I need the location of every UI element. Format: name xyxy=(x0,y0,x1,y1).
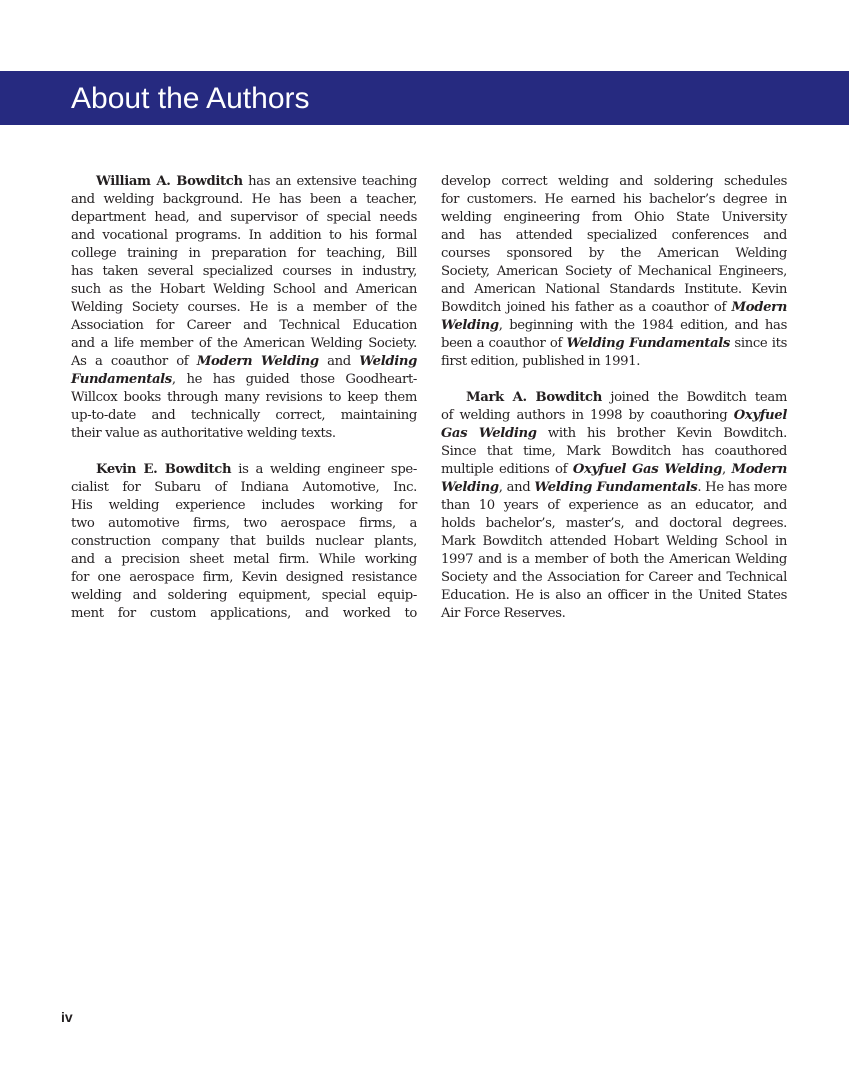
text-line: welding engineering from Ohio State Univ… xyxy=(441,209,787,227)
text-run: , xyxy=(722,462,731,477)
text-line: Gas Welding with his brother Kevin Bowdi… xyxy=(441,425,787,443)
text-line: construction company that builds nuclear… xyxy=(71,533,417,551)
text-line: develop correct welding and soldering sc… xyxy=(441,173,787,191)
bio-paragraph: Kevin E. Bowditch is a welding engineer … xyxy=(71,461,417,623)
text-run: college training in preparation for teac… xyxy=(71,246,417,261)
text-run: Society and the Association for Career a… xyxy=(441,570,787,585)
text-line: department head, and supervisor of speci… xyxy=(71,209,417,227)
book-title: Welding xyxy=(441,318,499,333)
text-run: and has attended specialized conferences… xyxy=(441,228,787,243)
text-line: welding and soldering equipment, special… xyxy=(71,587,417,605)
text-line: and American National Standards Institut… xyxy=(441,281,787,299)
text-run: and American National Standards Institut… xyxy=(441,282,787,297)
text-line: ment for custom applications, and worked… xyxy=(71,605,417,623)
text-line: and vocational programs. In addition to … xyxy=(71,227,417,245)
book-title: Welding xyxy=(441,480,499,495)
text-run: holds bachelor’s, master’s, and doctoral… xyxy=(441,516,787,531)
text-run: and xyxy=(319,354,360,369)
text-run: construction company that builds nuclear… xyxy=(71,534,417,549)
text-line: has taken several specialized courses in… xyxy=(71,263,417,281)
book-title: Modern xyxy=(732,462,787,477)
text-run: , and xyxy=(499,480,535,495)
text-line: courses sponsored by the American Weldin… xyxy=(441,245,787,263)
text-line: Fundamentals, he has guided those Goodhe… xyxy=(71,371,417,389)
text-run: up-to-date and technically correct, main… xyxy=(71,408,417,423)
text-line: William A. Bowditch has an extensive tea… xyxy=(71,173,417,191)
text-line: up-to-date and technically correct, main… xyxy=(71,407,417,425)
right-column: develop correct welding and soldering sc… xyxy=(441,173,787,623)
text-run: since its xyxy=(730,336,787,351)
book-title: Welding Fundamentals xyxy=(567,336,730,351)
text-run: two automotive firms, two aerospace firm… xyxy=(71,516,417,531)
text-run: Air Force Reserves. xyxy=(441,606,565,621)
text-line: of welding authors in 1998 by coauthorin… xyxy=(441,407,787,425)
text-run: first edition, published in 1991. xyxy=(441,354,640,369)
text-run: and a precision sheet metal firm. While … xyxy=(71,552,417,567)
text-line: first edition, published in 1991. xyxy=(441,353,787,371)
text-line: Mark Bowditch attended Hobart Welding Sc… xyxy=(441,533,787,551)
text-run: , beginning with the 1984 edition, and h… xyxy=(499,318,787,333)
page-number: iv xyxy=(61,1009,73,1025)
text-line: holds bachelor’s, master’s, and doctoral… xyxy=(441,515,787,533)
text-line: Since that time, Mark Bowditch has coaut… xyxy=(441,443,787,461)
text-run: joined the Bowditch team xyxy=(602,390,787,405)
text-run: Association for Career and Technical Edu… xyxy=(71,318,417,333)
text-line: college training in preparation for teac… xyxy=(71,245,417,263)
text-line: Bowditch joined his father as a coauthor… xyxy=(441,299,787,317)
text-run: than 10 years of experience as an educat… xyxy=(441,498,787,513)
text-line: Association for Career and Technical Edu… xyxy=(71,317,417,335)
text-line: multiple editions of Oxyfuel Gas Welding… xyxy=(441,461,787,479)
text-run: and vocational programs. In addition to … xyxy=(71,228,417,243)
author-name: Mark A. Bowditch xyxy=(466,390,602,405)
text-run: of welding authors in 1998 by coauthorin… xyxy=(441,408,734,423)
text-line: Education. He is also an officer in the … xyxy=(441,587,787,605)
text-line: and a precision sheet metal firm. While … xyxy=(71,551,417,569)
paragraph-gap xyxy=(71,443,417,461)
text-line: Welding, and Welding Fundamentals. He ha… xyxy=(441,479,787,497)
text-run: cialist for Subaru of Indiana Automotive… xyxy=(71,480,417,495)
text-run: is a welding engineer spe- xyxy=(231,462,417,477)
text-run: been a coauthor of xyxy=(441,336,567,351)
text-line: cialist for Subaru of Indiana Automotive… xyxy=(71,479,417,497)
text-line: for customers. He earned his bachelor’s … xyxy=(441,191,787,209)
text-run: Willcox books through many revisions to … xyxy=(71,390,417,405)
text-line: for one aerospace firm, Kevin designed r… xyxy=(71,569,417,587)
book-title: Oxyfuel Gas Welding xyxy=(573,462,722,477)
text-line: Society and the Association for Career a… xyxy=(441,569,787,587)
book-title: Fundamentals xyxy=(71,372,172,387)
text-run: department head, and supervisor of speci… xyxy=(71,210,417,225)
text-run: As a coauthor of xyxy=(71,354,197,369)
text-line: As a coauthor of Modern Welding and Weld… xyxy=(71,353,417,371)
book-title: Welding xyxy=(359,354,417,369)
text-line: and welding background. He has been a te… xyxy=(71,191,417,209)
text-line: such as the Hobart Welding School and Am… xyxy=(71,281,417,299)
text-run: . He has more xyxy=(697,480,787,495)
book-title: Modern xyxy=(732,300,787,315)
book-title: Gas Welding xyxy=(441,426,537,441)
text-line: 1997 and is a member of both the America… xyxy=(441,551,787,569)
text-run: Bowditch joined his father as a coauthor… xyxy=(441,300,732,315)
book-title: Modern Welding xyxy=(197,354,319,369)
text-run: Society, American Society of Mechanical … xyxy=(441,264,787,279)
text-run: for customers. He earned his bachelor’s … xyxy=(441,192,787,207)
text-run: such as the Hobart Welding School and Am… xyxy=(71,282,417,297)
text-line: Kevin E. Bowditch is a welding engineer … xyxy=(71,461,417,479)
text-run: 1997 and is a member of both the America… xyxy=(441,552,787,567)
text-line: two automotive firms, two aerospace firm… xyxy=(71,515,417,533)
text-run: Since that time, Mark Bowditch has coaut… xyxy=(441,444,787,459)
author-name: Kevin E. Bowditch xyxy=(96,462,231,477)
text-line: Welding, beginning with the 1984 edition… xyxy=(441,317,787,335)
bio-paragraph: Mark A. Bowditch joined the Bowditch tea… xyxy=(441,389,787,623)
paragraph-gap xyxy=(441,371,787,389)
text-line: Mark A. Bowditch joined the Bowditch tea… xyxy=(441,389,787,407)
author-name: William A. Bowditch xyxy=(96,174,243,189)
text-run: with his brother Kevin Bowditch. xyxy=(537,426,787,441)
text-run: welding engineering from Ohio State Univ… xyxy=(441,210,787,225)
text-run: and a life member of the American Weldin… xyxy=(71,336,417,351)
text-run: , he has guided those Goodheart- xyxy=(172,372,417,387)
text-run: and welding background. He has been a te… xyxy=(71,192,417,207)
book-title: Oxyfuel xyxy=(734,408,787,423)
text-run: welding and soldering equipment, special… xyxy=(71,588,417,603)
text-line: Welding Society courses. He is a member … xyxy=(71,299,417,317)
text-run: their value as authoritative welding tex… xyxy=(71,426,336,441)
text-line: and a life member of the American Weldin… xyxy=(71,335,417,353)
page-title: About the Authors xyxy=(71,81,310,117)
text-line: and has attended specialized conferences… xyxy=(441,227,787,245)
text-run: ment for custom applications, and worked… xyxy=(71,606,417,621)
text-run: Welding Society courses. He is a member … xyxy=(71,300,417,315)
text-run: courses sponsored by the American Weldin… xyxy=(441,246,787,261)
text-run: develop correct welding and soldering sc… xyxy=(441,174,787,189)
text-run: for one aerospace firm, Kevin designed r… xyxy=(71,570,417,585)
text-run: multiple editions of xyxy=(441,462,573,477)
bio-paragraph: William A. Bowditch has an extensive tea… xyxy=(71,173,417,443)
text-line: His welding experience includes working … xyxy=(71,497,417,515)
text-line: than 10 years of experience as an educat… xyxy=(441,497,787,515)
text-run: His welding experience includes working … xyxy=(71,498,417,513)
text-line: Willcox books through many revisions to … xyxy=(71,389,417,407)
bio-paragraph-continued: develop correct welding and soldering sc… xyxy=(441,173,787,371)
text-line: Society, American Society of Mechanical … xyxy=(441,263,787,281)
text-line: their value as authoritative welding tex… xyxy=(71,425,417,443)
text-run: Mark Bowditch attended Hobart Welding Sc… xyxy=(441,534,787,549)
title-banner: About the Authors xyxy=(0,71,849,125)
text-run: Education. He is also an officer in the … xyxy=(441,588,787,603)
text-line: Air Force Reserves. xyxy=(441,605,787,623)
left-column: William A. Bowditch has an extensive tea… xyxy=(71,173,417,623)
text-line: been a coauthor of Welding Fundamentals … xyxy=(441,335,787,353)
text-run: has taken several specialized courses in… xyxy=(71,264,417,279)
text-run: has an extensive teaching xyxy=(243,174,417,189)
book-title: Welding Fundamentals xyxy=(534,480,697,495)
